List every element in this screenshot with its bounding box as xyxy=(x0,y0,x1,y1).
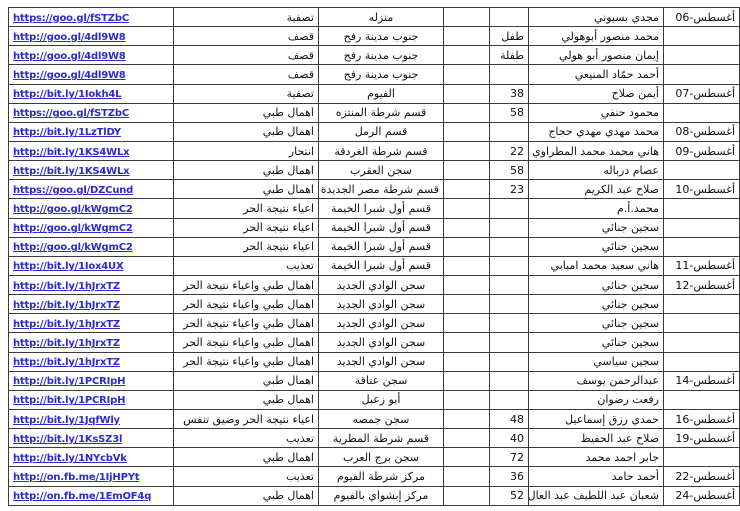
table-row: أغسطس-11 هاني سعيد محمد امبابي قسم أول ش… xyxy=(9,256,740,275)
url-cell: http://goo.gl/kWgmC2 xyxy=(9,237,174,256)
cause-cell: اهمال طبي xyxy=(174,448,319,467)
source-link[interactable]: http://bit.ly/1KS4WLx xyxy=(13,147,129,158)
date-cell xyxy=(664,390,740,409)
cause-cell: اهمال طبي xyxy=(174,180,319,199)
url-cell: http://bit.ly/1hJrxTZ xyxy=(9,352,174,371)
cause-cell: اهمال طبي واعياء نتيجة الحر xyxy=(174,295,319,314)
url-cell: http://goo.gl/4dl9W8 xyxy=(9,46,174,65)
age-cell: 22 xyxy=(490,141,529,160)
source-link[interactable]: http://on.fb.me/1IjHPYt xyxy=(13,472,139,483)
source-link[interactable]: http://goo.gl/4dl9W8 xyxy=(13,32,126,43)
location-cell: سجن الوادي الجديد xyxy=(319,295,444,314)
date-cell: أغسطس-16 xyxy=(664,409,740,428)
source-link[interactable]: http://goo.gl/kWgmC2 xyxy=(13,242,133,253)
name-cell: رفعت رضوان xyxy=(529,390,664,409)
url-cell: http://bit.ly/1LzTlDY xyxy=(9,122,174,141)
name-cell: حمدي رزق إسماعيل xyxy=(529,409,664,428)
name-cell: سجين جنائي xyxy=(529,275,664,294)
location-cell: مركز شرطة الفيوم xyxy=(319,467,444,486)
source-link[interactable]: http://bit.ly/1PCRIpH xyxy=(13,395,125,406)
age-cell xyxy=(490,390,529,409)
source-link[interactable]: http://bit.ly/1NYcbVk xyxy=(13,453,127,464)
source-link[interactable]: http://bit.ly/1hJrxTZ xyxy=(13,281,120,292)
location-cell: سجن الوادي الجديد xyxy=(319,314,444,333)
age-cell: 58 xyxy=(490,161,529,180)
spacer-cell xyxy=(444,8,490,27)
age-cell xyxy=(490,199,529,218)
date-cell xyxy=(664,199,740,218)
spacer-cell xyxy=(444,409,490,428)
age-cell: 40 xyxy=(490,429,529,448)
location-cell: أبو زعبل xyxy=(319,390,444,409)
source-link[interactable]: http://bit.ly/1hJrxTZ xyxy=(13,300,120,311)
url-cell: http://bit.ly/1PCRIpH xyxy=(9,371,174,390)
cause-cell: انتحار xyxy=(174,141,319,160)
date-cell xyxy=(664,65,740,84)
spacer-cell xyxy=(444,161,490,180)
cause-cell: اهمال طبي xyxy=(174,103,319,122)
location-cell: سجن برج العرب xyxy=(319,448,444,467)
date-cell: أغسطس-14 xyxy=(664,371,740,390)
name-cell: محمد.أ.م xyxy=(529,199,664,218)
url-cell: http://bit.ly/1KsSZ3l xyxy=(9,429,174,448)
url-cell: http://bit.ly/1hJrxTZ xyxy=(9,295,174,314)
spacer-cell xyxy=(444,27,490,46)
url-cell: http://bit.ly/1KS4WLx xyxy=(9,161,174,180)
cause-cell: تصفية xyxy=(174,8,319,27)
age-cell: 72 xyxy=(490,448,529,467)
url-cell: http://bit.ly/1PCRIpH xyxy=(9,390,174,409)
spacer-cell xyxy=(444,65,490,84)
location-cell: قسم أول شبرا الخيمة xyxy=(319,199,444,218)
spacer-cell xyxy=(444,218,490,237)
location-cell: سجن الوادي الجديد xyxy=(319,352,444,371)
table-row: أغسطس-24 شعبان عبد اللطيف عبد العال 52 م… xyxy=(9,486,740,505)
name-cell: جابر احمد محمد xyxy=(529,448,664,467)
name-cell: سجين جنائي xyxy=(529,314,664,333)
location-cell: سجن عتاقة xyxy=(319,371,444,390)
table-row: إيمان منصور أبو هولي طفلة جنوب مدينة رفح… xyxy=(9,46,740,65)
url-cell: http://on.fb.me/1EmOF4q xyxy=(9,486,174,505)
table-row: أغسطس-07 أيمن صلاح 38 الفيوم تصفية http:… xyxy=(9,84,740,103)
cause-cell: اعياء نتيجة الحر وضيق تنفس xyxy=(174,409,319,428)
name-cell: هاني سعيد محمد امبابي xyxy=(529,256,664,275)
name-cell: محمد منصور أبوهولي xyxy=(529,27,664,46)
spacer-cell xyxy=(444,237,490,256)
location-cell: مركز إبشواي بالفيوم xyxy=(319,486,444,505)
age-cell xyxy=(490,237,529,256)
url-cell: http://goo.gl/kWgmC2 xyxy=(9,199,174,218)
table-row: سجين جنائي قسم أول شبرا الخيمة اعياء نتي… xyxy=(9,237,740,256)
source-link[interactable]: http://goo.gl/kWgmC2 xyxy=(13,204,133,215)
location-cell: سجن الوادي الجديد xyxy=(319,275,444,294)
spacer-cell xyxy=(444,390,490,409)
age-cell xyxy=(490,256,529,275)
url-cell: https://goo.gl/fSTZbC xyxy=(9,8,174,27)
name-cell: عصام درباله xyxy=(529,161,664,180)
name-cell: مجدي بسيوني xyxy=(529,8,664,27)
date-cell xyxy=(664,27,740,46)
table-row: محمد منصور أبوهولي طفل جنوب مدينة رفح قص… xyxy=(9,27,740,46)
spacer-cell xyxy=(444,256,490,275)
location-cell: منزله xyxy=(319,8,444,27)
name-cell: سجين جنائي xyxy=(529,218,664,237)
spacer-cell xyxy=(444,180,490,199)
age-cell: 36 xyxy=(490,467,529,486)
url-cell: http://bit.ly/1KS4WLx xyxy=(9,141,174,160)
casualties-table: أغسطس-06 مجدي بسيوني منزله تصفية https:/… xyxy=(8,7,740,506)
table-row: رفعت رضوان أبو زعبل اهمال طبي http://bit… xyxy=(9,390,740,409)
location-cell: جنوب مدينة رفح xyxy=(319,27,444,46)
spacer-cell xyxy=(444,314,490,333)
cause-cell: قصف xyxy=(174,27,319,46)
spacer-cell xyxy=(444,141,490,160)
table-body: أغسطس-06 مجدي بسيوني منزله تصفية https:/… xyxy=(9,8,740,506)
name-cell: سجين جنائي xyxy=(529,333,664,352)
location-cell: الفيوم xyxy=(319,84,444,103)
table-row: أغسطس-08 محمد مهدي مهدي حجاج قسم الرمل ا… xyxy=(9,122,740,141)
age-cell: 52 xyxy=(490,486,529,505)
table-row: أغسطس-06 مجدي بسيوني منزله تصفية https:/… xyxy=(9,8,740,27)
location-cell: سجن الوادي الجديد xyxy=(319,333,444,352)
spacer-cell xyxy=(444,84,490,103)
name-cell: محمد مهدي مهدي حجاج xyxy=(529,122,664,141)
spacer-cell xyxy=(444,275,490,294)
document-sheet: أغسطس-06 مجدي بسيوني منزله تصفية https:/… xyxy=(8,7,739,506)
name-cell: أحمد حمّاد المنيعي xyxy=(529,65,664,84)
cause-cell: تعذيب xyxy=(174,256,319,275)
spacer-cell xyxy=(444,486,490,505)
cause-cell: اعياء نتيجة الحر xyxy=(174,218,319,237)
source-link[interactable]: http://bit.ly/1KS4WLx xyxy=(13,166,129,177)
age-cell: 23 xyxy=(490,180,529,199)
location-cell: قسم شرطة مصر الجديدة xyxy=(319,180,444,199)
date-cell: أغسطس-22 xyxy=(664,467,740,486)
source-link[interactable]: http://goo.gl/kWgmC2 xyxy=(13,223,133,234)
cause-cell: اهمال طبي واعياء نتيجة الحر xyxy=(174,314,319,333)
table-row: أغسطس-22 أحمد حامد 36 مركز شرطة الفيوم ت… xyxy=(9,467,740,486)
table-row: سجين جنائي سجن الوادي الجديد اهمال طبي و… xyxy=(9,295,740,314)
table-row: سجين جنائي قسم أول شبرا الخيمة اعياء نتي… xyxy=(9,218,740,237)
spacer-cell xyxy=(444,448,490,467)
table-row: جابر احمد محمد 72 سجن برج العرب اهمال طب… xyxy=(9,448,740,467)
name-cell: إيمان منصور أبو هولي xyxy=(529,46,664,65)
age-cell xyxy=(490,352,529,371)
url-cell: http://bit.ly/1Iox4UX xyxy=(9,256,174,275)
source-link[interactable]: http://bit.ly/1JqfWly xyxy=(13,415,120,426)
name-cell: سجين جنائي xyxy=(529,237,664,256)
name-cell: صلاح عبد الحفيظ xyxy=(529,429,664,448)
table-row: أغسطس-12 سجين جنائي سجن الوادي الجديد اه… xyxy=(9,275,740,294)
date-cell: أغسطس-06 xyxy=(664,8,740,27)
url-cell: http://bit.ly/1hJrxTZ xyxy=(9,333,174,352)
source-link[interactable]: http://bit.ly/1PCRIpH xyxy=(13,376,125,387)
spacer-cell xyxy=(444,352,490,371)
spacer-cell xyxy=(444,295,490,314)
date-cell xyxy=(664,352,740,371)
table-row: أغسطس-10 صلاح عبد الكريم 23 قسم شرطة مصر… xyxy=(9,180,740,199)
location-cell: قسم شرطة الغردقة xyxy=(319,141,444,160)
name-cell: شعبان عبد اللطيف عبد العال xyxy=(529,486,664,505)
source-link[interactable]: http://bit.ly/1Iox4UX xyxy=(13,261,124,272)
age-cell: 48 xyxy=(490,409,529,428)
location-cell: جنوب مدينة رفح xyxy=(319,65,444,84)
date-cell xyxy=(664,46,740,65)
spacer-cell xyxy=(444,429,490,448)
source-link[interactable]: http://bit.ly/1LzTlDY xyxy=(13,127,121,138)
date-cell xyxy=(664,218,740,237)
spacer-cell xyxy=(444,371,490,390)
spacer-cell xyxy=(444,333,490,352)
date-cell: أغسطس-09 xyxy=(664,141,740,160)
location-cell: قسم أول شبرا الخيمة xyxy=(319,237,444,256)
location-cell: قسم شرطة المطرية xyxy=(319,429,444,448)
spacer-cell xyxy=(444,467,490,486)
table-row: عصام درباله 58 سجن العقرب اهمال طبي http… xyxy=(9,161,740,180)
age-cell xyxy=(490,314,529,333)
cause-cell: قصف xyxy=(174,46,319,65)
location-cell: قسم أول شبرا الخيمة xyxy=(319,218,444,237)
table-row: أغسطس-09 هاني محمد محمد المطراوي 22 قسم … xyxy=(9,141,740,160)
source-link[interactable]: https://goo.gl/fSTZbC xyxy=(13,13,129,24)
table-row: أحمد حمّاد المنيعي جنوب مدينة رفح قصف ht… xyxy=(9,65,740,84)
age-cell xyxy=(490,371,529,390)
age-cell xyxy=(490,275,529,294)
name-cell: أحمد حامد xyxy=(529,467,664,486)
date-cell: أغسطس-07 xyxy=(664,84,740,103)
name-cell: أيمن صلاح xyxy=(529,84,664,103)
date-cell xyxy=(664,237,740,256)
table-row: محمود حنفي 58 قسم شرطة المنتزه اهمال طبي… xyxy=(9,103,740,122)
source-link[interactable]: https://goo.gl/DZCund xyxy=(13,185,133,196)
cause-cell: اهمال طبي xyxy=(174,122,319,141)
url-cell: http://goo.gl/kWgmC2 xyxy=(9,218,174,237)
location-cell: جنوب مدينة رفح xyxy=(319,46,444,65)
date-cell: أغسطس-10 xyxy=(664,180,740,199)
age-cell xyxy=(490,122,529,141)
cause-cell: اعياء نتيجة الحر xyxy=(174,199,319,218)
source-link[interactable]: https://goo.gl/fSTZbC xyxy=(13,108,129,119)
location-cell: سجن العقرب xyxy=(319,161,444,180)
date-cell: أغسطس-24 xyxy=(664,486,740,505)
age-cell xyxy=(490,218,529,237)
name-cell: سجين جنائي xyxy=(529,295,664,314)
location-cell: قسم شرطة المنتزه xyxy=(319,103,444,122)
location-cell: قسم أول شبرا الخيمة xyxy=(319,256,444,275)
cause-cell: قصف xyxy=(174,65,319,84)
age-cell: طفلة xyxy=(490,46,529,65)
date-cell: أغسطس-19 xyxy=(664,429,740,448)
url-cell: http://goo.gl/4dl9W8 xyxy=(9,27,174,46)
location-cell: قسم الرمل xyxy=(319,122,444,141)
table-row: أغسطس-19 صلاح عبد الحفيظ 40 قسم شرطة الم… xyxy=(9,429,740,448)
age-cell: 38 xyxy=(490,84,529,103)
name-cell: محمود حنفي xyxy=(529,103,664,122)
table-row: سجين جنائي سجن الوادي الجديد اهمال طبي و… xyxy=(9,333,740,352)
cause-cell: اهمال طبي xyxy=(174,161,319,180)
url-cell: http://bit.ly/1NYcbVk xyxy=(9,448,174,467)
source-link[interactable]: http://bit.ly/1hJrxTZ xyxy=(13,338,120,349)
date-cell xyxy=(664,314,740,333)
url-cell: https://goo.gl/fSTZbC xyxy=(9,103,174,122)
source-link[interactable]: http://bit.ly/1KsSZ3l xyxy=(13,434,122,445)
date-cell xyxy=(664,295,740,314)
spacer-cell xyxy=(444,199,490,218)
age-cell xyxy=(490,8,529,27)
cause-cell: اهمال طبي واعياء نتيجة الحر xyxy=(174,333,319,352)
cause-cell: اهمال طبي xyxy=(174,371,319,390)
cause-cell: تعذيب xyxy=(174,429,319,448)
date-cell: أغسطس-11 xyxy=(664,256,740,275)
date-cell xyxy=(664,333,740,352)
url-cell: http://bit.ly/1hJrxTZ xyxy=(9,314,174,333)
name-cell: سجين سياسي xyxy=(529,352,664,371)
date-cell xyxy=(664,161,740,180)
source-link[interactable]: http://goo.gl/4dl9W8 xyxy=(13,70,126,81)
spacer-cell xyxy=(444,122,490,141)
source-link[interactable]: http://bit.ly/1Iokh4L xyxy=(13,89,121,100)
cause-cell: تعذيب xyxy=(174,467,319,486)
table-row: محمد.أ.م قسم أول شبرا الخيمة اعياء نتيجة… xyxy=(9,199,740,218)
cause-cell: اعياء نتيجة الحر xyxy=(174,237,319,256)
age-cell xyxy=(490,295,529,314)
source-link[interactable]: http://on.fb.me/1EmOF4q xyxy=(13,491,151,502)
name-cell: عبدالرحمن يوسف xyxy=(529,371,664,390)
cause-cell: اهمال طبي xyxy=(174,390,319,409)
date-cell: أغسطس-12 xyxy=(664,275,740,294)
age-cell: طفل xyxy=(490,27,529,46)
name-cell: هاني محمد محمد المطراوي xyxy=(529,141,664,160)
date-cell xyxy=(664,448,740,467)
url-cell: http://goo.gl/4dl9W8 xyxy=(9,65,174,84)
source-link[interactable]: http://bit.ly/1hJrxTZ xyxy=(13,319,120,330)
date-cell xyxy=(664,103,740,122)
cause-cell: اهمال طبي واعياء نتيجة الحر xyxy=(174,352,319,371)
cause-cell: اهمال طبي واعياء نتيجة الحر xyxy=(174,275,319,294)
table-row: أغسطس-14 عبدالرحمن يوسف سجن عتاقة اهمال … xyxy=(9,371,740,390)
source-link[interactable]: http://goo.gl/4dl9W8 xyxy=(13,51,126,62)
age-cell xyxy=(490,333,529,352)
cause-cell: اهمال طبي xyxy=(174,486,319,505)
age-cell xyxy=(490,65,529,84)
spacer-cell xyxy=(444,46,490,65)
spacer-cell xyxy=(444,103,490,122)
url-cell: http://bit.ly/1hJrxTZ xyxy=(9,275,174,294)
url-cell: http://on.fb.me/1IjHPYt xyxy=(9,467,174,486)
source-link[interactable]: http://bit.ly/1hJrxTZ xyxy=(13,357,120,368)
table-row: سجين جنائي سجن الوادي الجديد اهمال طبي و… xyxy=(9,314,740,333)
name-cell: صلاح عبد الكريم xyxy=(529,180,664,199)
url-cell: http://bit.ly/1JqfWly xyxy=(9,409,174,428)
table-row: أغسطس-16 حمدي رزق إسماعيل 48 سجن جمصه اع… xyxy=(9,409,740,428)
table-row: سجين سياسي سجن الوادي الجديد اهمال طبي و… xyxy=(9,352,740,371)
url-cell: http://bit.ly/1Iokh4L xyxy=(9,84,174,103)
age-cell: 58 xyxy=(490,103,529,122)
cause-cell: تصفية xyxy=(174,84,319,103)
url-cell: https://goo.gl/DZCund xyxy=(9,180,174,199)
date-cell: أغسطس-08 xyxy=(664,122,740,141)
location-cell: سجن جمصه xyxy=(319,409,444,428)
